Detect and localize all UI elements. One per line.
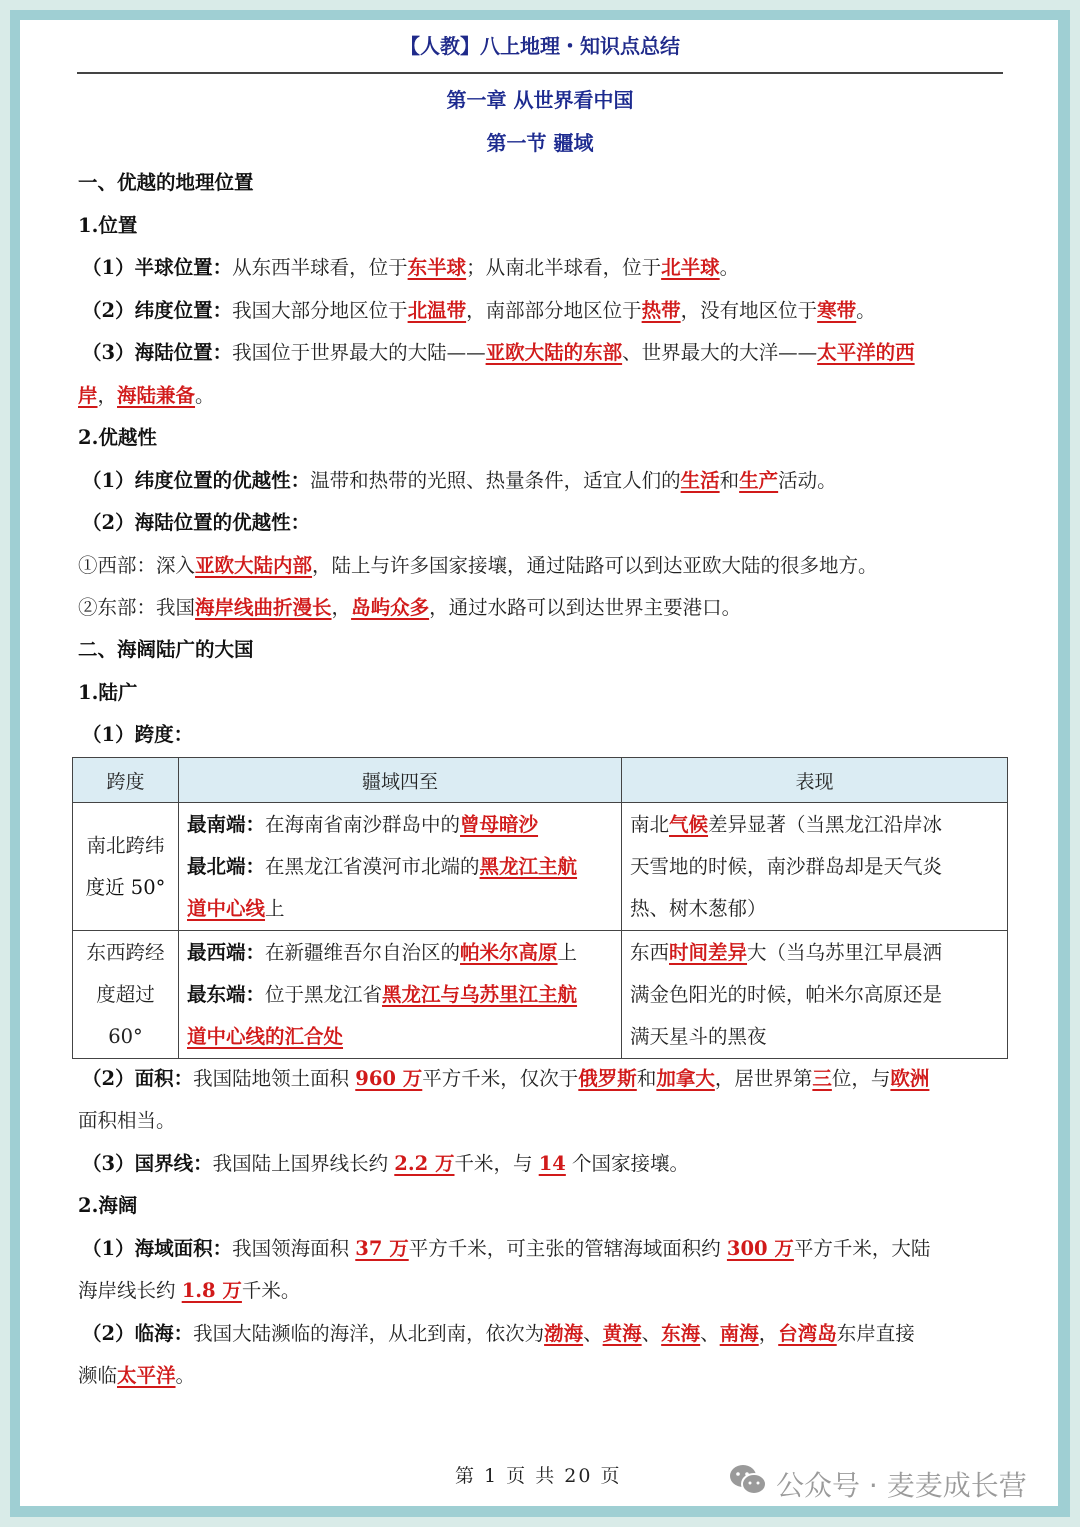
- table-row: 南北跨纬度近 50° 最南端：在海南省南沙群岛中的曾母暗沙 最北端：在黑龙江省漠…: [73, 803, 1008, 931]
- keyword: 岛屿众多: [351, 596, 429, 619]
- keyword: 黄海: [603, 1322, 642, 1345]
- text: 从东西半球看，位于: [232, 256, 408, 279]
- text: 。: [720, 256, 740, 279]
- subheading-position: 1.位置: [78, 205, 137, 247]
- text: ，没有地区位于: [681, 299, 818, 322]
- text: 和: [637, 1067, 657, 1090]
- line-latitude-advantage: （1）纬度位置的优越性：温带和热带的光照、热量条件，适宜人们的生活和生产活动。: [82, 460, 837, 502]
- text: 位，与: [832, 1067, 891, 1090]
- text: 温带和热带的光照、热量条件，适宜人们的: [310, 469, 681, 492]
- text: 东西: [630, 941, 669, 964]
- text: 我国陆上国界线长约: [213, 1152, 395, 1175]
- keyword: 14: [539, 1152, 566, 1175]
- keyword: 北半球: [661, 256, 720, 279]
- span-cell: 南北跨纬度近 50°: [73, 803, 179, 931]
- keyword: 道中心线: [187, 897, 265, 920]
- keyword: 太平洋的西: [817, 341, 915, 364]
- territory-table: 跨度 疆域四至 表现 南北跨纬度近 50° 最南端：在海南省南沙群岛中的曾母暗沙…: [72, 757, 1008, 1059]
- text: 濒临: [78, 1364, 117, 1387]
- label: （2）临海：: [82, 1322, 193, 1345]
- keyword: 太平洋: [117, 1364, 176, 1387]
- extent-cell: 最西端：在新疆维吾尔自治区的帕米尔高原上 最东端：位于黑龙江省黑龙江与乌苏里江主…: [179, 931, 622, 1059]
- text: 和: [720, 469, 740, 492]
- text: 深入: [156, 554, 195, 577]
- header-divider: [77, 72, 1003, 74]
- keyword: 岸: [78, 384, 98, 407]
- watermark-text: 公众号 · 麦麦成长营: [776, 1464, 1027, 1504]
- keyword: 加拿大: [656, 1067, 715, 1090]
- line-sea-land-cont: 岸，海陆兼备。: [78, 375, 215, 417]
- watermark: 公众号 · 麦麦成长营: [728, 1463, 1027, 1504]
- text: 我国领海面积: [232, 1237, 355, 1260]
- document-header-title: 【人教】八上地理・知识点总结: [0, 30, 1080, 59]
- line-span: （1）跨度：: [82, 714, 193, 756]
- text: ；从南北半球看，位于: [466, 256, 661, 279]
- keyword: 东海: [661, 1322, 700, 1345]
- line-east: ②东部：我国海岸线曲折漫长，岛屿众多，通过水路可以到达世界主要港口。: [78, 587, 741, 629]
- label: 最北端：: [187, 855, 265, 878]
- subheading-sea: 2.海阔: [78, 1185, 137, 1227]
- keyword: 1.8 万: [182, 1279, 242, 1302]
- text: ，南部部分地区位于: [466, 299, 642, 322]
- extent-cell: 最南端：在海南省南沙群岛中的曾母暗沙 最北端：在黑龙江省漠河市北端的黑龙江主航 …: [179, 803, 622, 931]
- text: 。: [176, 1364, 196, 1387]
- keyword: 俄罗斯: [578, 1067, 637, 1090]
- span-cell: 东西跨经度超过 60°: [73, 931, 179, 1059]
- line-sea-area-cont: 海岸线长约 1.8 万千米。: [78, 1270, 300, 1312]
- keyword: 东半球: [408, 256, 467, 279]
- line-area-cont: 面积相当。: [78, 1100, 176, 1142]
- text: 在新疆维吾尔自治区的: [265, 941, 460, 964]
- text: ，: [759, 1322, 779, 1345]
- span-text: 南北跨纬: [81, 825, 170, 867]
- keyword: 海陆兼备: [117, 384, 195, 407]
- text: 南北: [630, 813, 669, 836]
- text: 我国陆地领土面积: [193, 1067, 355, 1090]
- keyword: 海岸线曲折漫长: [195, 596, 332, 619]
- section-title: 第一节 疆域: [0, 127, 1080, 156]
- text: 上: [558, 941, 578, 964]
- chapter-title: 第一章 从世界看中国: [0, 84, 1080, 113]
- text: 位于黑龙江省: [265, 983, 382, 1006]
- text: ，通过水路可以到达世界主要港口。: [429, 596, 741, 619]
- keyword: 2.2 万: [394, 1152, 454, 1175]
- text: 我国位于世界最大的大陆——: [232, 341, 486, 364]
- keyword: 寒带: [817, 299, 856, 322]
- label: （2）纬度位置：: [82, 299, 232, 322]
- text: 平方千米，仅次于: [422, 1067, 578, 1090]
- table-header-cell: 跨度: [73, 758, 179, 803]
- text: ，: [332, 596, 352, 619]
- keyword: 黑龙江与乌苏里江主航: [382, 983, 577, 1006]
- keyword: 37 万: [355, 1237, 408, 1260]
- heading-1: 一、优越的地理位置: [78, 162, 254, 204]
- label: （2）面积：: [82, 1067, 193, 1090]
- label: （3）海陆位置：: [82, 341, 232, 364]
- text: 热、树木葱郁）: [630, 888, 999, 930]
- text: 满金色阳光的时候，帕米尔高原还是: [630, 974, 999, 1016]
- line-latitude: （2）纬度位置：我国大部分地区位于北温带，南部部分地区位于热带，没有地区位于寒带…: [82, 290, 876, 332]
- line-west: ①西部：深入亚欧大陆内部，陆上与许多国家接壤，通过陆路可以到达亚欧大陆的很多地方…: [78, 545, 878, 587]
- keyword: 亚欧大陆的东部: [486, 341, 623, 364]
- text: ，: [98, 384, 118, 407]
- label: （1）纬度位置的优越性：: [82, 469, 310, 492]
- keyword: 生活: [681, 469, 720, 492]
- text: 平方千米，可主张的管辖海域面积约: [409, 1237, 727, 1260]
- table-header-cell: 表现: [622, 758, 1008, 803]
- keyword: 300 万: [727, 1237, 794, 1260]
- subheading-advantage: 2.优越性: [78, 417, 157, 459]
- label: 最西端：: [187, 941, 265, 964]
- manifestation-cell: 南北气候差异显著（当黑龙江沿岸冰 天雪地的时候，南沙群岛却是天气炎 热、树木葱郁…: [622, 803, 1008, 931]
- line-hemisphere: （1）半球位置：从东西半球看，位于东半球；从南北半球看，位于北半球。: [82, 247, 739, 289]
- table-header-row: 跨度 疆域四至 表现: [73, 758, 1008, 803]
- line-border: （3）国界线：我国陆上国界线长约 2.2 万千米，与 14 个国家接壤。: [82, 1143, 689, 1185]
- keyword: 帕米尔高原: [460, 941, 558, 964]
- span-text: 度近 50°: [81, 867, 170, 909]
- text: 我国: [156, 596, 195, 619]
- text: 天雪地的时候，南沙群岛却是天气炎: [630, 846, 999, 888]
- line-area: （2）面积：我国陆地领土面积 960 万平方千米，仅次于俄罗斯和加拿大，居世界第…: [82, 1058, 929, 1100]
- text: 。: [856, 299, 876, 322]
- keyword: 生产: [739, 469, 778, 492]
- keyword: 960 万: [355, 1067, 422, 1090]
- subheading-land: 1.陆广: [78, 672, 137, 714]
- text: 差异显著（当黑龙江沿岸冰: [708, 813, 942, 836]
- keyword: 曾母暗沙: [460, 813, 538, 836]
- text: ，陆上与许多国家接壤，通过陆路可以到达亚欧大陆的很多地方。: [312, 554, 878, 577]
- text: 满天星斗的黑夜: [630, 1016, 999, 1058]
- text: ，居世界第: [715, 1067, 813, 1090]
- table-header-cell: 疆域四至: [179, 758, 622, 803]
- label: 最东端：: [187, 983, 265, 1006]
- label: （1）海域面积：: [82, 1237, 232, 1260]
- line-sea-land: （3）海陆位置：我国位于世界最大的大陆——亚欧大陆的东部、世界最大的大洋——太平…: [82, 332, 915, 374]
- label: ①西部：: [78, 554, 156, 577]
- text: 东岸直接: [837, 1322, 915, 1345]
- text: 上: [265, 897, 285, 920]
- keyword: 南海: [720, 1322, 759, 1345]
- keyword: 欧洲: [890, 1067, 929, 1090]
- keyword: 渤海: [544, 1322, 583, 1345]
- text: 、: [642, 1322, 662, 1345]
- text: 、: [583, 1322, 603, 1345]
- keyword: 台湾岛: [778, 1322, 837, 1345]
- text: 海岸线长约: [78, 1279, 182, 1302]
- keyword: 时间差异: [669, 941, 747, 964]
- label: ②东部：: [78, 596, 156, 619]
- text: 我国大部分地区位于: [232, 299, 408, 322]
- keyword: 热带: [642, 299, 681, 322]
- label: （3）国界线：: [82, 1152, 213, 1175]
- text: 千米，与: [455, 1152, 539, 1175]
- line-sea-area: （1）海域面积：我国领海面积 37 万平方千米，可主张的管辖海域面积约 300 …: [82, 1228, 930, 1270]
- label: （1）半球位置：: [82, 256, 232, 279]
- line-sea-land-advantage: （2）海陆位置的优越性：: [82, 502, 310, 544]
- text: 在海南省南沙群岛中的: [265, 813, 460, 836]
- heading-2: 二、海阔陆广的大国: [78, 629, 254, 671]
- keyword: 黑龙江主航: [480, 855, 578, 878]
- line-adjacent-seas-cont: 濒临太平洋。: [78, 1355, 195, 1397]
- text: 大（当乌苏里江早晨洒: [747, 941, 942, 964]
- span-text: 度超过 60°: [81, 974, 170, 1058]
- wechat-icon: [728, 1463, 768, 1504]
- text: 个国家接壤。: [566, 1152, 689, 1175]
- text: 。: [195, 384, 215, 407]
- keyword: 北温带: [408, 299, 467, 322]
- label: 最南端：: [187, 813, 265, 836]
- manifestation-cell: 东西时间差异大（当乌苏里江早晨洒 满金色阳光的时候，帕米尔高原还是 满天星斗的黑…: [622, 931, 1008, 1059]
- page-number: 第 1 页 共 20 页: [455, 1461, 621, 1488]
- keyword: 道中心线的汇合处: [187, 1025, 343, 1048]
- table-row: 东西跨经度超过 60° 最西端：在新疆维吾尔自治区的帕米尔高原上 最东端：位于黑…: [73, 931, 1008, 1059]
- span-text: 东西跨经: [81, 932, 170, 974]
- keyword: 气候: [669, 813, 708, 836]
- text: 千米。: [242, 1279, 301, 1302]
- keyword: 三: [812, 1067, 832, 1090]
- text: 平方千米，大陆: [794, 1237, 931, 1260]
- text: 、世界最大的大洋——: [622, 341, 817, 364]
- text: 在黑龙江省漠河市北端的: [265, 855, 480, 878]
- line-adjacent-seas: （2）临海：我国大陆濒临的海洋，从北到南，依次为渤海、黄海、东海、南海，台湾岛东…: [82, 1313, 915, 1355]
- keyword: 亚欧大陆内部: [195, 554, 312, 577]
- text: 我国大陆濒临的海洋，从北到南，依次为: [193, 1322, 544, 1345]
- text: 活动。: [778, 469, 837, 492]
- text: 、: [700, 1322, 720, 1345]
